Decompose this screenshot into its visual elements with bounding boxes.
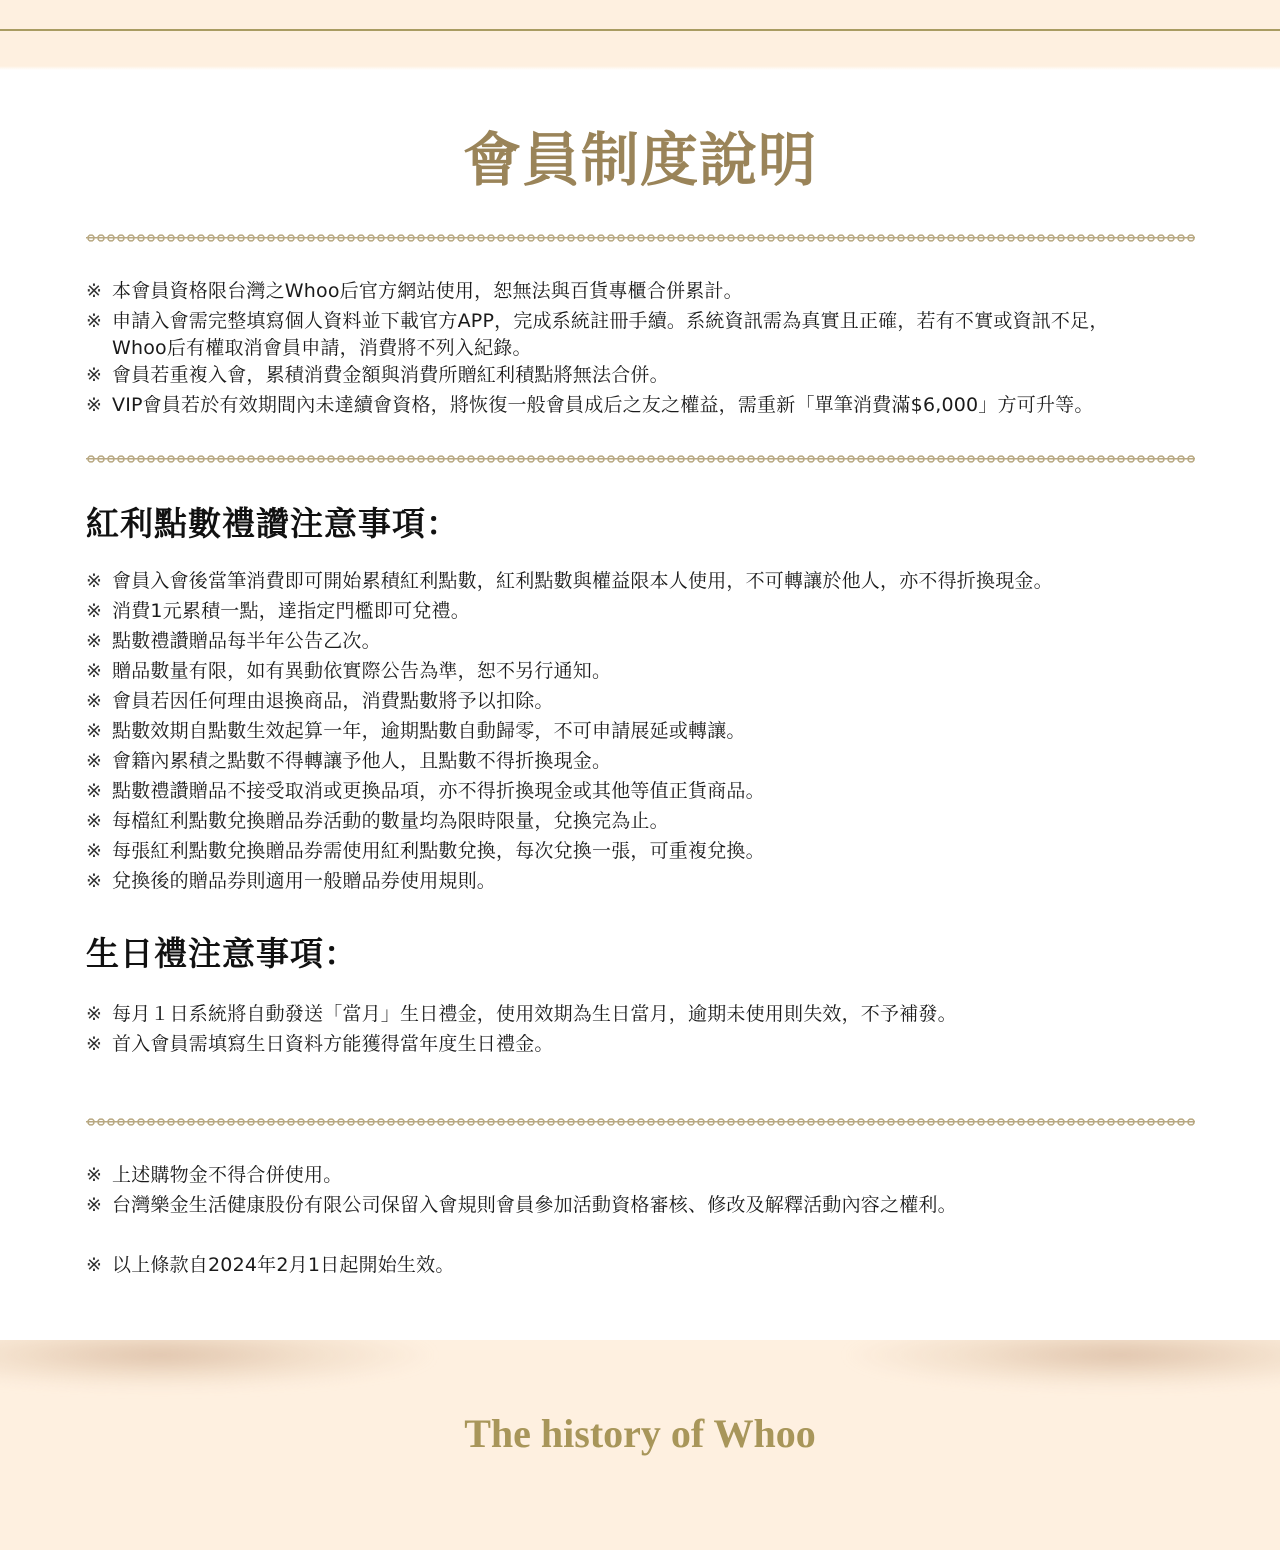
list-item: ※上述購物金不得合併使用。	[86, 1160, 1194, 1190]
page-title: 會員制度說明	[86, 70, 1194, 233]
list-item: ※兌換後的贈品券則適用一般贈品券使用規則。	[86, 866, 1194, 896]
list-item: ※首入會員需填寫生日資料方能獲得當年度生日禮金。	[86, 1029, 1194, 1059]
membership-rules-list: ※本會員資格限台灣之Whoo后官方網站使用，恕無法與百貨專櫃合併累計。 ※申請入…	[86, 276, 1194, 420]
points-section: 紅利點數禮讚注意事項： ※會員入會後當筆消費即可開始累積紅利點數，紅利點數與權益…	[86, 464, 1194, 896]
list-item: ※每檔紅利點數兌換贈品券活動的數量均為限時限量，兌換完為止。	[86, 806, 1194, 836]
footer-title: The history of Whoo	[0, 1410, 1280, 1457]
list-item: ※贈品數量有限，如有異動依實際公告為準，恕不另行通知。	[86, 656, 1194, 686]
top-banner	[0, 0, 1280, 70]
list-item: ※會員若重複入會，累積消費金額與消費所贈紅利積點將無法合併。	[86, 360, 1194, 390]
points-section-heading: 紅利點數禮讚注意事項：	[86, 504, 1194, 544]
list-item: ※每月１日系統將自動發送「當月」生日禮金，使用效期為生日當月，逾期未使用則失效，…	[86, 999, 1194, 1029]
membership-rules-section: ※本會員資格限台灣之Whoo后官方網站使用，恕無法與百貨專櫃合併累計。 ※申請入…	[86, 243, 1194, 454]
list-item: ※申請入會需完整填寫個人資料並下載官方APP，完成系統註冊手續。系統資訊需為真實…	[86, 306, 1194, 360]
chain-divider	[86, 233, 1195, 243]
list-item: ※點數效期自點數生效起算一年，逾期點數自動歸零，不可申請展延或轉讓。	[86, 716, 1194, 746]
list-item: ※會員若因任何理由退換商品，消費點數將予以扣除。	[86, 686, 1194, 716]
list-item: ※本會員資格限台灣之Whoo后官方網站使用，恕無法與百貨專櫃合併累計。	[86, 276, 1194, 306]
decorative-shadow	[840, 1340, 1280, 1390]
birthday-section-heading: 生日禮注意事項：	[86, 934, 1194, 974]
gold-divider-line	[0, 29, 1280, 31]
points-rules-list: ※會員入會後當筆消費即可開始累積紅利點數，紅利點數與權益限本人使用，不可轉讓於他…	[86, 566, 1194, 896]
chain-divider	[86, 454, 1195, 464]
effective-date-note: ※以上條款自2024年2月1日起開始生效。	[86, 1250, 1194, 1280]
list-item: ※每張紅利點數兌換贈品券需使用紅利點數兌換，每次兌換一張，可重複兌換。	[86, 836, 1194, 866]
list-item: ※以上條款自2024年2月1日起開始生效。	[86, 1250, 1194, 1280]
footer-banner: The history of Whoo	[0, 1340, 1280, 1550]
list-item: ※台灣樂金生活健康股份有限公司保留入會規則會員參加活動資格審核、修改及解釋活動內…	[86, 1190, 1194, 1220]
decorative-shadow	[0, 1340, 440, 1390]
list-item: ※會員入會後當筆消費即可開始累積紅利點數，紅利點數與權益限本人使用，不可轉讓於他…	[86, 566, 1194, 596]
chain-divider	[86, 1117, 1195, 1127]
list-item: ※點數禮讚贈品每半年公告乙次。	[86, 626, 1194, 656]
list-item: ※VIP會員若於有效期間內未達續會資格，將恢復一般會員成后之友之權益，需重新「單…	[86, 390, 1194, 420]
final-notes-list: ※上述購物金不得合併使用。 ※台灣樂金生活健康股份有限公司保留入會規則會員參加活…	[86, 1160, 1194, 1220]
birthday-rules-list: ※每月１日系統將自動發送「當月」生日禮金，使用效期為生日當月，逾期未使用則失效，…	[86, 999, 1194, 1059]
list-item: ※會籍內累積之點數不得轉讓予他人，且點數不得折換現金。	[86, 746, 1194, 776]
list-item: ※點數禮讚贈品不接受取消或更換品項，亦不得折換現金或其他等值正貨商品。	[86, 776, 1194, 806]
birthday-section: 生日禮注意事項： ※每月１日系統將自動發送「當月」生日禮金，使用效期為生日當月，…	[86, 896, 1194, 1059]
final-notes-section: ※上述購物金不得合併使用。 ※台灣樂金生活健康股份有限公司保留入會規則會員參加活…	[86, 1127, 1194, 1280]
membership-content: 會員制度說明 ※本會員資格限台灣之Whoo后官方網站使用，恕無法與百貨專櫃合併累…	[0, 70, 1280, 1280]
list-item: ※消費1元累積一點，達指定門檻即可兌禮。	[86, 596, 1194, 626]
